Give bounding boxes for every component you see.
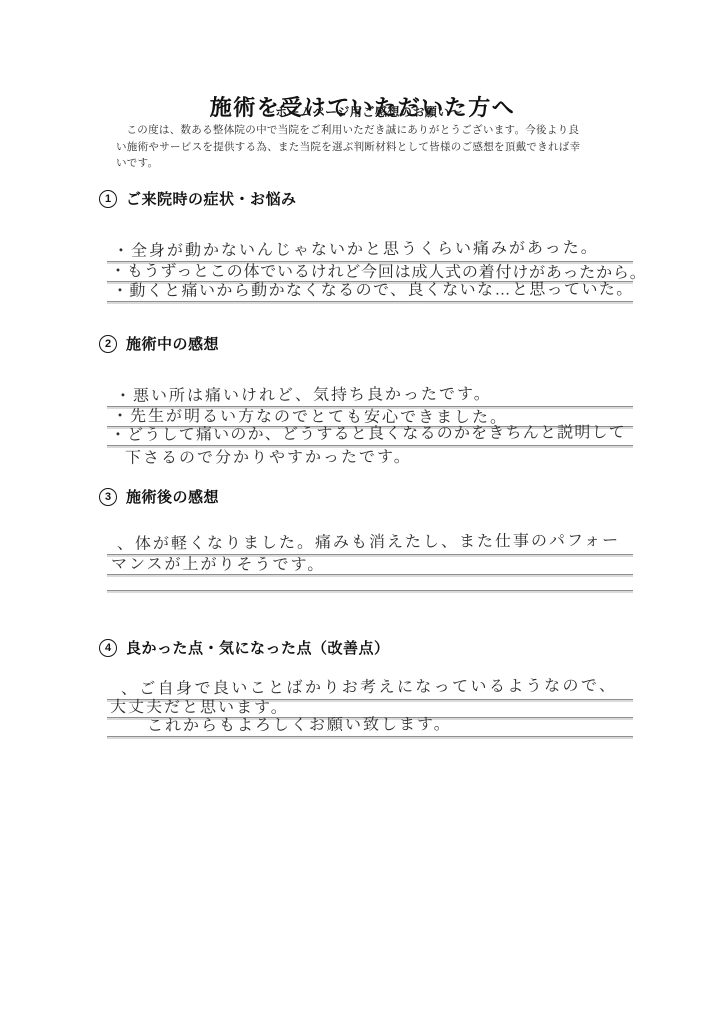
handwritten-text: 、体が軽くなりました。痛みも消えたし、また仕事のパフォー — [107, 527, 620, 554]
section-3-answers: 、体が軽くなりました。痛みも消えたし、また仕事のパフォー マンスが上がりそうです… — [107, 535, 633, 591]
section-3-header: 3 施術後の感想 — [99, 486, 219, 507]
circled-number-4: 4 — [99, 639, 117, 657]
handwritten-text: ・動くと痛いから動かなくなるので、良くないな…と思っていた。 — [107, 276, 634, 301]
document-page: 施術を受けていただいた方へ ～ホームページ用ご感想のお願い～ この度は、数ある整… — [0, 0, 725, 1024]
page-subtitle: ～ホームページ用ご感想のお願い～ — [0, 103, 725, 120]
section-2-heading: 施術中の感想 — [126, 333, 219, 354]
intro-text: この度は、数ある整体院の中で当院をご利用いただき誠にありがとうございます。今後よ… — [116, 123, 590, 173]
answer-line-empty — [107, 575, 633, 591]
section-3-heading: 施術後の感想 — [126, 486, 219, 507]
circled-number-2: 2 — [99, 335, 117, 353]
handwritten-text: ・全身が動かないんじゃないかと思うくらい痛みがあった。 — [107, 235, 599, 261]
answer-line-overflow: 下さるので分かりやすかったです。 — [107, 446, 633, 468]
section-1-header: 1 ご来院時の症状・お悩み — [99, 188, 297, 209]
section-4-header: 4 良かった点・気になった点（改善点） — [99, 637, 390, 658]
section-1-heading: ご来院時の症状・お悩み — [126, 188, 297, 209]
handwritten-text: マンスが上がりそうです。 — [107, 551, 325, 575]
circled-number-1: 1 — [99, 190, 117, 208]
section-4-heading: 良かった点・気になった点（改善点） — [126, 637, 390, 658]
handwritten-text: ・どうして痛いのか、どうすると良くなるのかをきちんと説明して — [107, 419, 626, 445]
handwritten-text: これからもよろしくお願い致します。 — [107, 711, 452, 736]
section-2-header: 2 施術中の感想 — [99, 333, 219, 354]
circled-number-3: 3 — [99, 488, 117, 506]
section-1-answers: ・全身が動かないんじゃないかと思うくらい痛みがあった。 ・もうずっとこの体でいる… — [107, 242, 633, 302]
handwritten-text: 下さるので分かりやすかったです。 — [107, 444, 412, 468]
section-2-answers: ・悪い所は痛いけれど、気持ち良かったです。 ・先生が明るい方なのでとても安心でき… — [107, 387, 633, 468]
answer-line: ・動くと痛いから動かなくなるので、良くないな…と思っていた。 — [107, 282, 633, 302]
section-4-answers: 、ご自身で良いことばかりお考えになっているようなので、 大丈夫だと思います。 こ… — [107, 680, 633, 737]
answer-line: これからもよろしくお願い致します。 — [107, 718, 633, 737]
answer-line: マンスが上がりそうです。 — [107, 555, 633, 575]
